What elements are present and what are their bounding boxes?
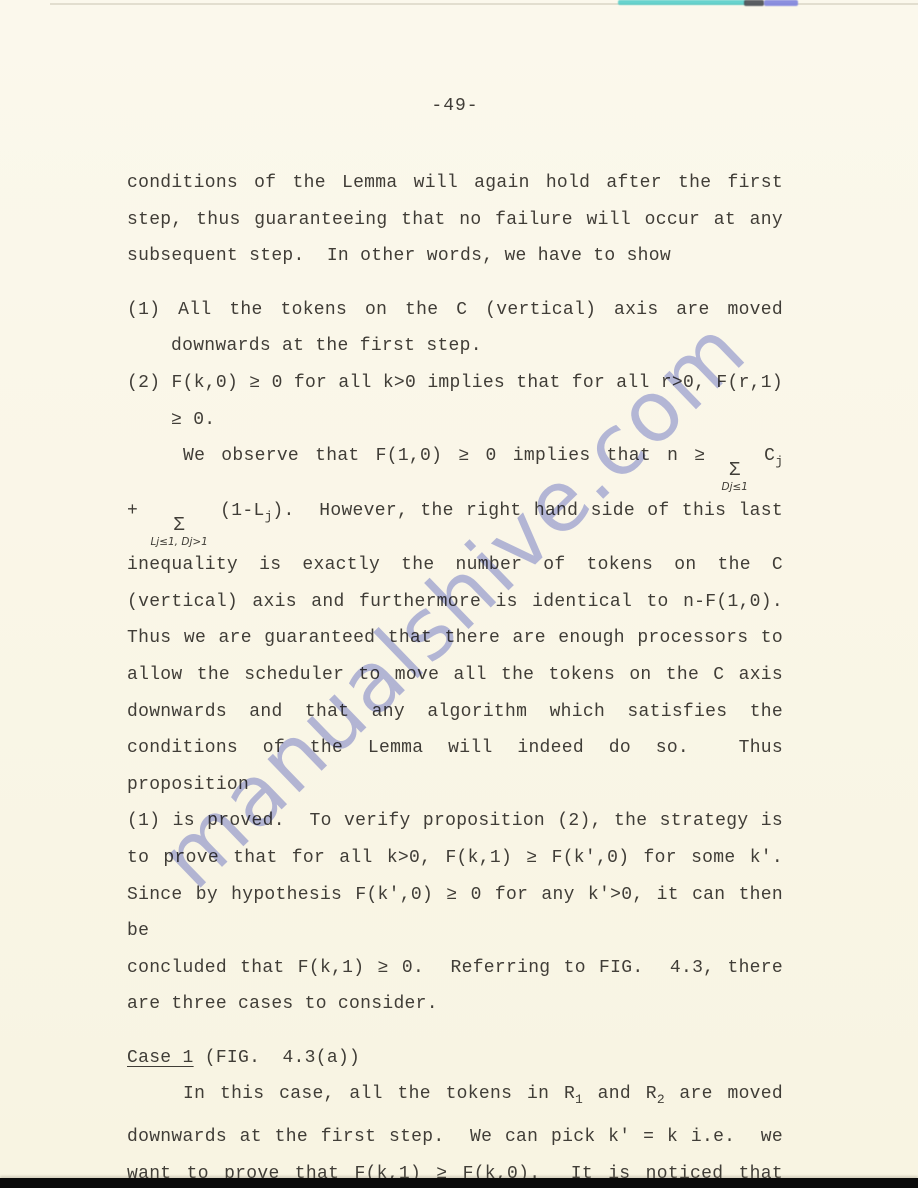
text-segment: are moved — [665, 1084, 783, 1104]
text-line: are three cases to consider. — [127, 986, 783, 1023]
text-line: ≥ 0. — [127, 402, 783, 439]
text-line: In this case, all the tokens in R1 and R… — [127, 1076, 783, 1119]
text-segment: downwards and that any algorithm which s… — [127, 702, 783, 722]
text-segment: conditions of the Lemma will indeed do s… — [127, 738, 783, 795]
text-segment: 2 — [657, 1092, 665, 1107]
text-segment: step, thus guaranteeing that no failure … — [127, 210, 783, 230]
text-segment: downwards at the first step. We can pick… — [127, 1127, 783, 1147]
text-line: allow the scheduler to move all the toke… — [127, 657, 783, 694]
text-line: concluded that F(k,1) ≥ 0. Referring to … — [127, 950, 783, 987]
case-heading-label: Case 1 — [127, 1048, 194, 1068]
text-segment: conditions of the Lemma will again hold … — [127, 173, 783, 193]
text-line: Since by hypothesis F(k',0) ≥ 0 for any … — [127, 877, 783, 950]
text-segment: Thus we are guaranteed that there are en… — [127, 628, 783, 648]
text-segment: concluded that F(k,1) ≥ 0. Referring to … — [127, 958, 783, 978]
summation-symbol: ΣDj≤1 — [721, 461, 747, 493]
text-segment: Since by hypothesis F(k',0) ≥ 0 for any … — [127, 885, 783, 942]
text-segment: In this case, all the tokens in R — [183, 1084, 575, 1104]
text-segment: We observe that F(1,0) ≥ 0 implies that … — [183, 446, 721, 466]
text-line: + ΣLj≤1, Dj>1 (1-Lj). However, the right… — [127, 493, 783, 548]
text-line: conditions of the Lemma will again hold … — [127, 165, 783, 202]
scan-artifact-violet — [764, 0, 798, 6]
text-segment: (FIG. 4.3(a)) — [194, 1048, 361, 1068]
text-line: subsequent step. In other words, we have… — [127, 238, 783, 275]
text-segment: (2) F(k,0) ≥ 0 for all k>0 implies that … — [127, 373, 783, 393]
text-line: Thus we are guaranteed that there are en… — [127, 620, 783, 657]
text-segment: downwards at the first step. — [171, 336, 482, 356]
text-segment: allow the scheduler to move all the toke… — [127, 665, 783, 685]
text-line: Case 1 (FIG. 4.3(a)) — [127, 1040, 783, 1077]
text-segment: ). However, the right hand side of this … — [272, 501, 783, 521]
text-line: step, thus guaranteeing that no failure … — [127, 202, 783, 239]
text-segment: (1) is proved. To verify proposition (2)… — [127, 811, 783, 831]
text-segment: inequality is exactly the number of toke… — [127, 555, 783, 575]
text-flow: conditions of the Lemma will again hold … — [127, 165, 783, 1188]
text-line: conditions of the Lemma will indeed do s… — [127, 730, 783, 803]
text-segment: 1 — [575, 1092, 583, 1107]
text-segment: ≥ 0. — [171, 410, 215, 430]
text-segment: subsequent step. In other words, we have… — [127, 246, 671, 266]
scan-bottom-edge — [0, 1178, 918, 1188]
text-line: (1) All the tokens on the C (vertical) a… — [127, 292, 783, 329]
text-segment: + — [127, 501, 150, 521]
text-line: to prove that for all k>0, F(k,1) ≥ F(k'… — [127, 840, 783, 877]
text-line: inequality is exactly the number of toke… — [127, 547, 783, 584]
text-segment: j — [775, 454, 783, 469]
page-number: -49- — [0, 96, 910, 116]
text-line: (vertical) axis and furthermore is ident… — [127, 584, 783, 621]
scanned-document-page: -49- conditions of the Lemma will again … — [0, 0, 918, 1188]
text-line: downwards at the first step. — [127, 328, 783, 365]
text-line: (1) is proved. To verify proposition (2)… — [127, 803, 783, 840]
summation-symbol: ΣLj≤1, Dj>1 — [150, 516, 207, 548]
text-segment: (vertical) axis and furthermore is ident… — [127, 592, 783, 612]
text-segment: (1) All the tokens on the C (vertical) a… — [127, 300, 783, 320]
scan-artifact-dark — [744, 0, 764, 6]
text-line: We observe that F(1,0) ≥ 0 implies that … — [127, 438, 783, 493]
text-segment: and R — [583, 1084, 657, 1104]
text-segment: (1-L — [208, 501, 265, 521]
text-segment: to prove that for all k>0, F(k,1) ≥ F(k'… — [127, 848, 783, 868]
text-line: downwards at the first step. We can pick… — [127, 1119, 783, 1156]
scan-artifact-cyan — [618, 0, 746, 5]
text-line: (2) F(k,0) ≥ 0 for all k>0 implies that … — [127, 365, 783, 402]
text-line: downwards and that any algorithm which s… — [127, 694, 783, 731]
text-segment: C — [748, 446, 775, 466]
text-segment: are three cases to consider. — [127, 994, 438, 1014]
